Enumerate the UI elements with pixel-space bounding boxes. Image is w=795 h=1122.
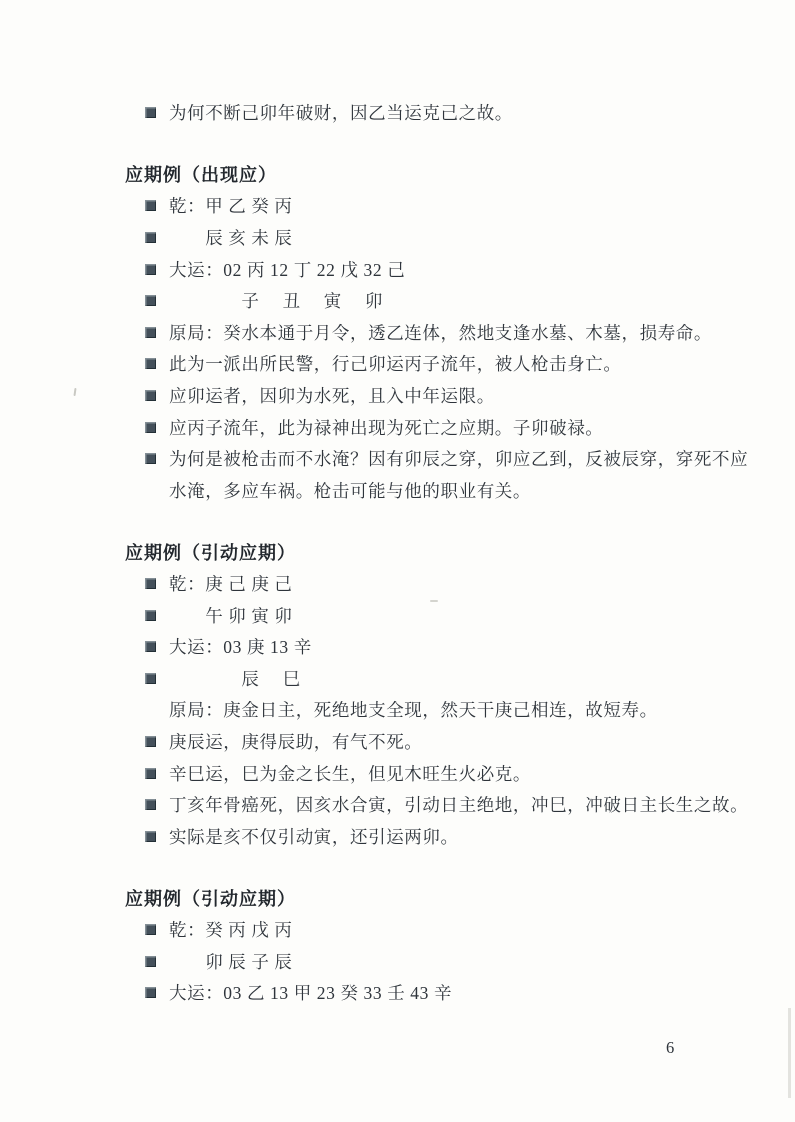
list-item: 此为一派出所民警，行己卯运丙子流年，被人枪击身亡。: [125, 348, 737, 380]
document-page: 为何不断己卯年破财，因乙当运克己之故。 应期例（出现应） 乾：甲 乙 癸 丙 辰…: [0, 0, 795, 1122]
bullet-icon: [145, 768, 156, 779]
list-item: 大运：02 丙 12 丁 22 戊 32 己: [125, 253, 737, 285]
scan-artifact: [430, 600, 438, 602]
list-item-text: 大运：03 乙 13 甲 23 癸 33 壬 43 辛: [169, 980, 452, 1005]
section-title: 应期例（引动应期）: [125, 882, 737, 914]
bullet-icon: [145, 422, 156, 433]
bullet-icon: [145, 831, 156, 842]
list-item-text: 卯 辰 子 辰: [169, 949, 293, 974]
bullet-icon: [145, 264, 156, 275]
section-title: 应期例（出现应）: [125, 159, 737, 191]
bullet-icon: [145, 107, 156, 118]
list-item-text: 水淹，多应车祸。枪击可能与他的职业有关。: [169, 478, 531, 503]
list-item-text: 应丙子流年，此为禄神出现为死亡之应期。子卯破禄。: [169, 415, 603, 440]
list-item-text: 此为一派出所民警，行己卯运丙子流年，被人枪击身亡。: [169, 351, 622, 376]
list-item: 应卯运者，因卯为水死，且入中年运限。: [125, 380, 737, 412]
page-number: 6: [666, 1038, 674, 1058]
list-item-text: 午 卯 寅 卯: [169, 603, 293, 628]
list-item-text: 为何不断己卯年破财，因乙当运克己之故。: [169, 100, 513, 125]
list-item: 原局：癸水本通于月令，透乙连体，然地支逢水墓、木墓，损寿命。: [125, 317, 737, 349]
list-item: 乾：庚 己 庚 己: [125, 568, 737, 600]
list-item-text: 为何是被枪击而不水淹？因有卯辰之穿，卯应乙到，反被辰穿，穿死不应: [169, 446, 748, 471]
bullet-icon: [145, 578, 156, 589]
bullet-icon: [145, 232, 156, 243]
bullet-icon: [145, 453, 156, 464]
list-item: 大运：03 乙 13 甲 23 癸 33 壬 43 辛: [125, 977, 737, 1009]
bullet-icon: [145, 358, 156, 369]
list-item-text: 子 丑 寅 卯: [169, 288, 383, 313]
scan-artifact: [73, 388, 76, 396]
list-item-text: 庚辰运，庚得辰助，有气不死。: [169, 729, 422, 754]
list-item: 为何是被枪击而不水淹？因有卯辰之穿，卯应乙到，反被辰穿，穿死不应: [125, 443, 737, 475]
list-item-text: 大运：02 丙 12 丁 22 戊 32 己: [169, 257, 405, 282]
bullet-icon: [145, 200, 156, 211]
list-item: 辰 亥 未 辰: [125, 222, 737, 254]
list-item-text: 乾：庚 己 庚 己: [169, 571, 293, 596]
list-item: 辛巳运，巳为金之长生，但见木旺生火必克。: [125, 757, 737, 789]
list-item-text: 应卯运者，因卯为水死，且入中年运限。: [169, 383, 495, 408]
list-item-text: 辰 巳: [169, 666, 301, 691]
bullet-icon: [145, 327, 156, 338]
list-item: 庚辰运，庚得辰助，有气不死。: [125, 726, 737, 758]
list-item-text: 丁亥年骨癌死，因亥水合寅，引动日主绝地，冲巳，冲破日主长生之故。: [169, 792, 748, 817]
list-item: 辰 巳: [125, 663, 737, 695]
list-item-text: 实际是亥不仅引动寅，还引运两卯。: [169, 824, 459, 849]
list-item-continuation: 水淹，多应车祸。枪击可能与他的职业有关。: [125, 475, 737, 507]
list-item-text: 乾：甲 乙 癸 丙: [169, 193, 293, 218]
scan-artifact: [788, 1008, 791, 1098]
bullet-icon: [145, 736, 156, 747]
bullet-icon: [145, 673, 156, 684]
list-item: 子 丑 寅 卯: [125, 285, 737, 317]
list-item: 为何不断己卯年破财，因乙当运克己之故。: [125, 97, 737, 129]
list-item: 丁亥年骨癌死，因亥水合寅，引动日主绝地，冲巳，冲破日主长生之故。: [125, 789, 737, 821]
bullet-icon: [145, 641, 156, 652]
list-item-text: 乾：癸 丙 戊 丙: [169, 917, 293, 942]
list-item-continuation: 原局：庚金日主，死绝地支全现，然天干庚己相连，故短寿。: [125, 694, 737, 726]
bullet-icon: [145, 956, 156, 967]
list-item: 实际是亥不仅引动寅，还引运两卯。: [125, 820, 737, 852]
list-item: 乾：癸 丙 戊 丙: [125, 914, 737, 946]
list-item: 大运：03 庚 13 辛: [125, 631, 737, 663]
bullet-icon: [145, 799, 156, 810]
list-item: 乾：甲 乙 癸 丙: [125, 190, 737, 222]
bullet-icon: [145, 987, 156, 998]
bullet-icon: [145, 924, 156, 935]
section-title: 应期例（引动应期）: [125, 536, 737, 568]
list-item: 午 卯 寅 卯: [125, 599, 737, 631]
list-item-text: 辛巳运，巳为金之长生，但见木旺生火必克。: [169, 761, 531, 786]
list-item-text: 大运：03 庚 13 辛: [169, 634, 312, 659]
list-item: 应丙子流年，此为禄神出现为死亡之应期。子卯破禄。: [125, 411, 737, 443]
list-item-text: 原局：庚金日主，死绝地支全现，然天干庚己相连，故短寿。: [169, 697, 658, 722]
list-item-text: 原局：癸水本通于月令，透乙连体，然地支逢水墓、木墓，损寿命。: [169, 320, 712, 345]
list-item-text: 辰 亥 未 辰: [169, 225, 293, 250]
bullet-icon: [145, 610, 156, 621]
bullet-icon: [145, 390, 156, 401]
bullet-icon: [145, 295, 156, 306]
list-item: 卯 辰 子 辰: [125, 945, 737, 977]
